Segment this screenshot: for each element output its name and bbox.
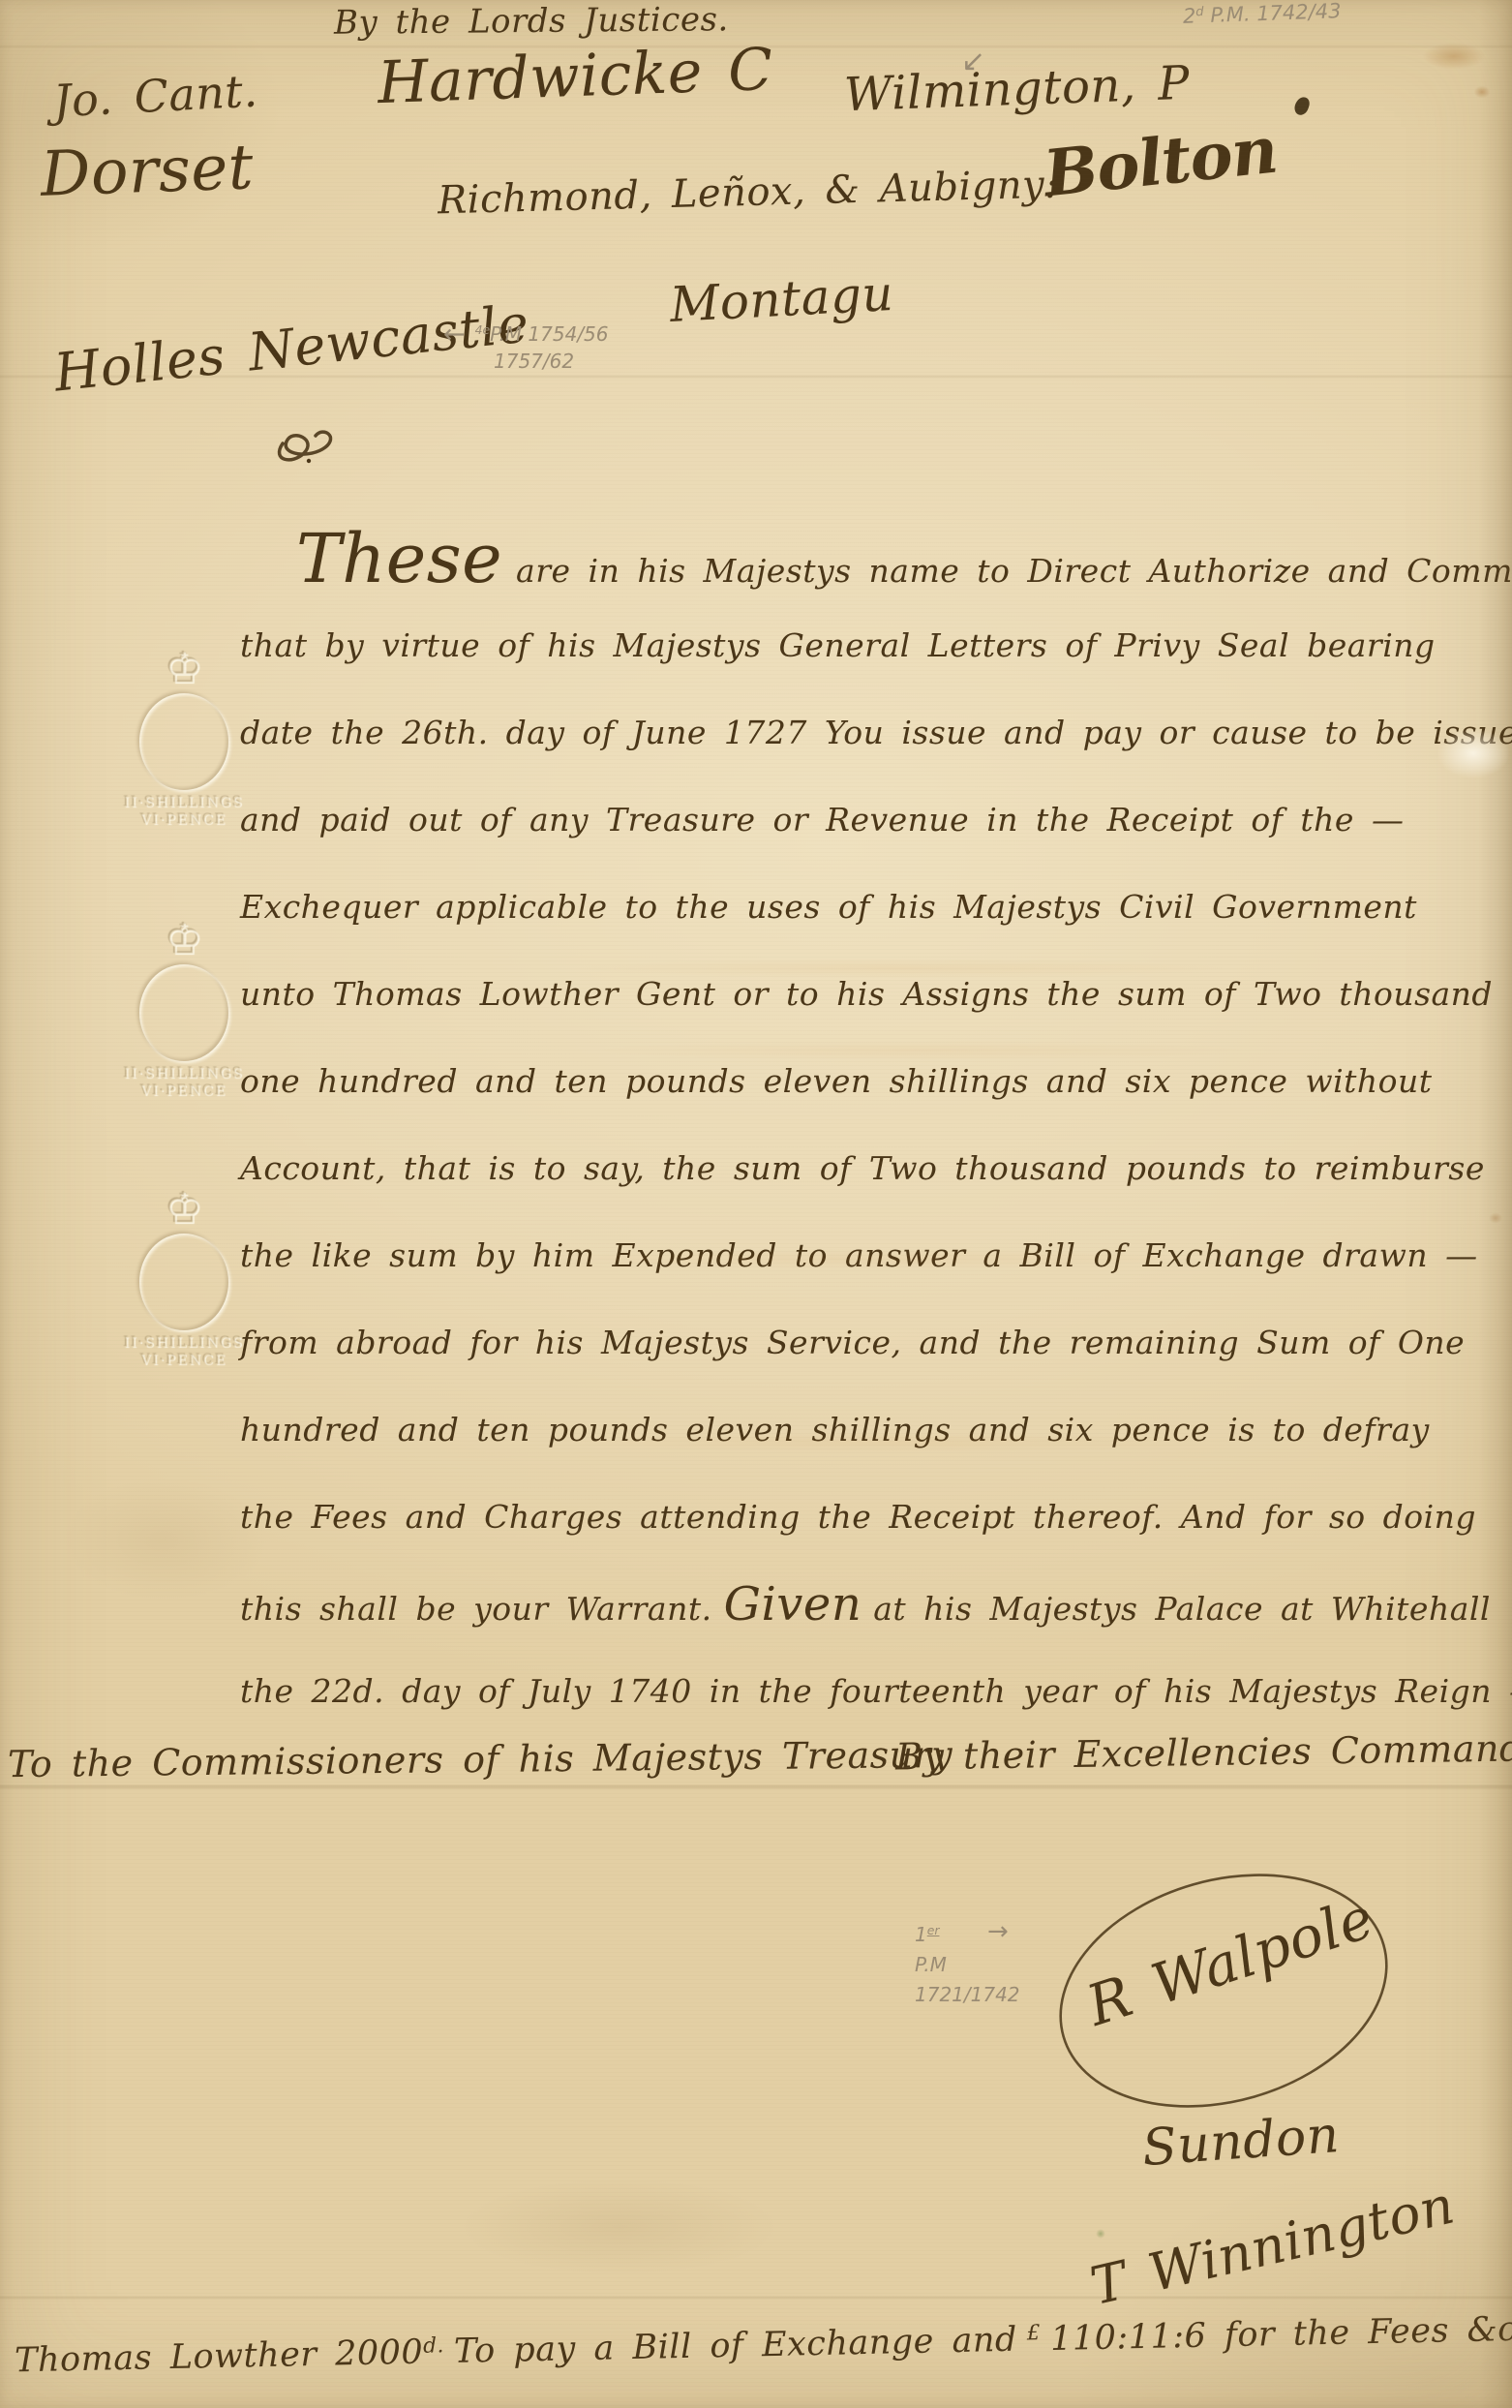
pencil-note-rest: P.M. 1742/43 <box>1203 0 1342 27</box>
pencil-note-line: P.M 1754/56 <box>490 322 608 346</box>
embossed-duty-stamp-1: ♔ II·SHILLINGS VI·PENCE <box>106 647 261 829</box>
signature-hardwicke: Hardwicke C <box>377 36 774 117</box>
pencil-note-superscript: 4e <box>475 322 491 337</box>
body-line: the 22d. day of July 1740 in the fourtee… <box>240 1648 1512 1735</box>
body-line-text: at his Majestys Palace at Whitehall <box>873 1590 1491 1628</box>
embossed-duty-stamp-2: ♔ II·SHILLINGS VI·PENCE <box>106 918 261 1100</box>
crown-icon: ♔ <box>106 918 261 962</box>
body-line: that by virtue of his Majestys General L… <box>240 602 1512 689</box>
docket-pound-mark: £ <box>1026 2321 1041 2345</box>
body-line: hundred and ten pounds eleven shillings … <box>240 1387 1512 1474</box>
stamp-text: II·SHILLINGS <box>106 1065 261 1082</box>
body-line: date the 26th. day of June 1727 You issu… <box>240 689 1512 777</box>
newcastle-flourish <box>254 405 360 469</box>
stamp-text: II·SHILLINGS <box>106 794 261 811</box>
body-line-text: this shall be your Warrant. <box>240 1590 712 1628</box>
pencil-note-line: 1757/62 <box>494 350 609 373</box>
body-line: Theseare in his Majestys name to Direct … <box>240 515 1512 602</box>
body-line-text: are in his Majestys name to Direct Autho… <box>516 552 1512 590</box>
signature-dorset: Dorset <box>40 132 255 211</box>
pencil-note-line: P.M <box>915 1953 947 1976</box>
footer-addressee: To the Commissioners of his Majestys Tre… <box>8 1733 953 1785</box>
ink-blot <box>1292 95 1311 116</box>
docket-text: 110:11:6 for the Fees &c. <box>1050 2310 1512 2359</box>
body-line: Account, that is to say, the sum of Two … <box>240 1125 1512 1212</box>
pencil-note-top-right: 2d P.M. 1742/43 <box>1183 0 1342 28</box>
crown-icon: ♔ <box>106 647 261 691</box>
pencil-arrow-left-icon: ← <box>443 320 466 350</box>
given-word: Given <box>724 1577 862 1631</box>
pencil-note-number: 1 <box>915 1923 927 1946</box>
pencil-note-number: 2 <box>1183 4 1196 27</box>
footer-command: By their Excellencies Command <box>895 1726 1512 1778</box>
manuscript-page: By the Lords Justices. 2d P.M. 1742/43 ↙… <box>0 0 1512 2408</box>
docket-line: Thomas Lowther 2000d.To pay a Bill of Ex… <box>15 2310 1512 2381</box>
body-line: and paid out of any Treasure or Revenue … <box>240 777 1512 864</box>
body-line: unto Thomas Lowther Gent or to his Assig… <box>240 951 1512 1038</box>
pencil-note-line: 1721/1742 <box>915 1983 1020 2006</box>
stamp-text: II·SHILLINGS <box>106 1334 261 1352</box>
body-line: one hundred and ten pounds eleven shilli… <box>240 1038 1512 1125</box>
docket-text: To pay a Bill of Exchange and <box>454 2321 1018 2371</box>
docket-text: Thomas Lowther 2000 <box>15 2333 424 2381</box>
pencil-note-mid: ←4eP.M 1754/56 1757/62 <box>443 320 609 373</box>
signature-wilmington: Wilmington, P <box>843 56 1191 122</box>
pencil-arrow-right-icon: → <box>987 1917 1009 1947</box>
stamp-text: VI·PENCE <box>106 811 261 829</box>
body-line: the Fees and Charges attending the Recei… <box>240 1474 1512 1561</box>
stamp-text: VI·PENCE <box>106 1082 261 1100</box>
docket-superscript: d. <box>423 2333 444 2358</box>
signature-winnington: T Winnington <box>1085 2174 1461 2317</box>
stamp-ring <box>139 1234 228 1330</box>
opening-word: These <box>296 519 502 598</box>
warrant-body: Theseare in his Majestys name to Direct … <box>240 515 1512 1735</box>
lords-justices-heading: By the Lords Justices. <box>334 0 729 43</box>
signature-sundon: Sundon <box>1140 2106 1341 2178</box>
stamp-ring <box>139 693 228 790</box>
body-line: the like sum by him Expended to answer a… <box>240 1212 1512 1299</box>
signature-montagu: Montagu <box>669 265 895 333</box>
signature-jo-cant: Jo. Cant. <box>52 65 259 128</box>
stamp-ring <box>139 964 228 1061</box>
signature-richmond-lenox-aubigny: Richmond, Leñox, & Aubigny: <box>438 163 1059 224</box>
crown-icon: ♔ <box>106 1187 261 1232</box>
stamp-text: VI·PENCE <box>106 1352 261 1369</box>
body-line: Exchequer applicable to the uses of his … <box>240 864 1512 951</box>
body-line: from abroad for his Majestys Service, an… <box>240 1299 1512 1387</box>
embossed-duty-stamp-3: ♔ II·SHILLINGS VI·PENCE <box>106 1187 261 1369</box>
signature-bolton: Bolton <box>1041 112 1281 212</box>
pencil-note-bottom: → 1er P.M 1721/1742 <box>915 1915 1020 2010</box>
body-line: this shall be your Warrant.Givenat his M… <box>240 1561 1512 1648</box>
pencil-note-superscript: er <box>927 1923 940 1937</box>
